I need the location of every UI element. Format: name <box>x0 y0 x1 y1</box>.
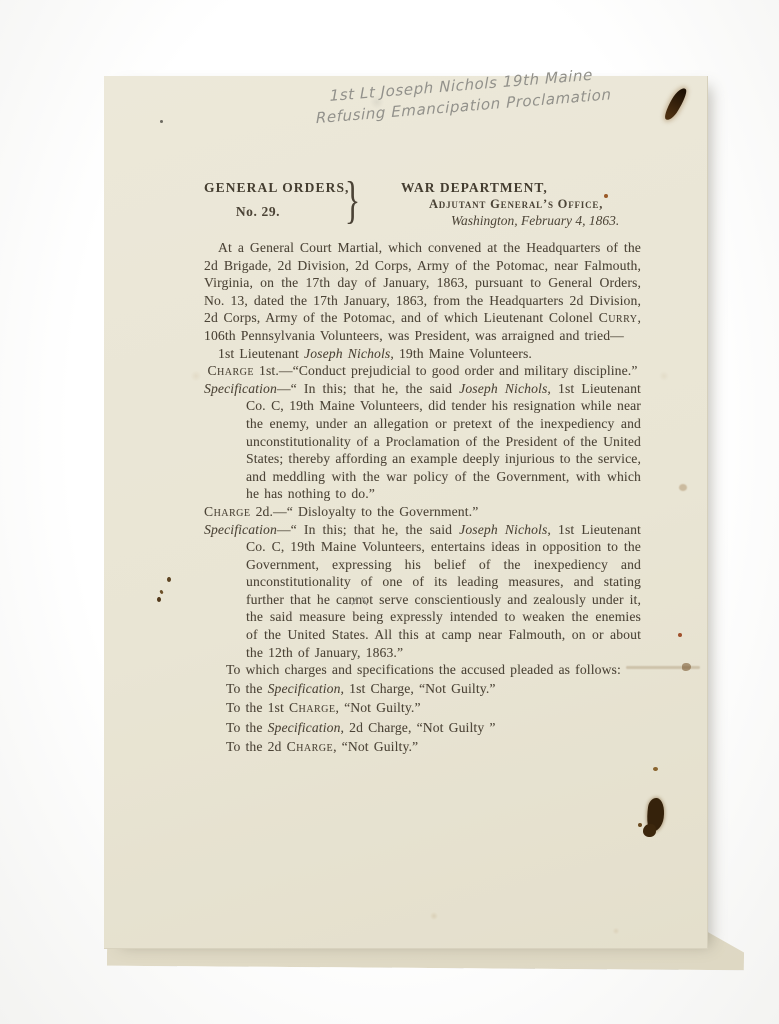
stain-top-right <box>662 86 690 123</box>
charge-1-heading: Charge 1st.—“Conduct prejudicial to good… <box>204 362 641 380</box>
plea-line: To the Specification, 1st Charge, “Not G… <box>226 679 641 699</box>
stain-speck <box>159 590 164 595</box>
charge-1-text: 1st.—“Conduct prejudicial to good order … <box>254 363 638 378</box>
plea-text: To the 1st <box>226 700 289 715</box>
rust-dot <box>678 633 682 637</box>
specification-label: Specification <box>204 522 277 537</box>
plea-charge-label: Charge <box>289 700 336 715</box>
rust-dot <box>604 194 608 198</box>
plea-verdict: , “Not Guilty.” <box>333 739 418 754</box>
plea-text: To the <box>226 720 268 735</box>
brace-glyph: } <box>345 178 360 224</box>
orders-number: No. 29. <box>236 204 280 220</box>
ink-stain-blob-small <box>643 824 656 837</box>
plea-line: To the 1st Charge, “Not Guilty.” <box>226 698 641 718</box>
plea-line: To the Specification, 2d Charge, “Not Gu… <box>226 718 641 738</box>
pleas-list: To the Specification, 1st Charge, “Not G… <box>204 679 641 757</box>
plea-charge-label: Charge <box>287 739 334 754</box>
plea-specification-label: Specification <box>268 681 341 696</box>
department-block: WAR DEPARTMENT, Adjutant General’s Offic… <box>401 180 641 229</box>
charge-2-text: 2d.—“ Disloyalty to the Government.” <box>251 504 479 519</box>
accused-name: Joseph Nichols <box>459 381 547 396</box>
gray-dot-mark <box>160 120 163 123</box>
intro-paragraph: At a General Court Martial, which conven… <box>204 239 641 345</box>
charge-label: Charge <box>204 504 251 519</box>
document-paper: 1st Lt Joseph Nichols 19th Maine Refusin… <box>104 76 708 949</box>
stain-speck <box>167 577 171 582</box>
office-name: Adjutant General’s Office, <box>401 197 641 212</box>
plea-text: To the <box>226 681 268 696</box>
arraignment-line: 1st Lieutenant Joseph Nichols, 19th Main… <box>204 345 641 363</box>
document-body: At a General Court Martial, which conven… <box>204 239 641 757</box>
orders-title: GENERAL ORDERS, <box>204 180 338 196</box>
arraigned-text-end: , 19th Maine Volunteers. <box>390 346 532 361</box>
stain-speck <box>157 597 161 602</box>
specification-2: Specification—“ In this; that he, the sa… <box>204 521 641 662</box>
plea-line: To the 2d Charge, “Not Guilty.” <box>226 737 641 757</box>
spec-2-text: —“ In this; that he, the said <box>277 522 459 537</box>
plea-verdict: , “Not Guilty.” <box>335 700 420 715</box>
dateline: Washington, February 4, 1863. <box>401 213 641 229</box>
specification-1: Specification—“ In this; that he, the sa… <box>204 380 641 503</box>
stain-satellite-dot <box>638 823 642 827</box>
plea-verdict: , 1st Charge, “Not Guilty.” <box>341 681 496 696</box>
charge-label: Charge <box>207 363 254 378</box>
spec-1-text: —“ In this; that he, the said <box>277 381 459 396</box>
faint-stain-spot <box>679 484 687 491</box>
curry-name: Curry <box>599 310 638 325</box>
smudge-spot <box>682 663 691 671</box>
plea-specification-label: Specification <box>268 720 341 735</box>
pencil-annotation: 1st Lt Joseph Nichols 19th Maine Refusin… <box>330 60 649 128</box>
plea-verdict: , 2d Charge, “Not Guilty ” <box>341 720 496 735</box>
masthead: GENERAL ORDERS, No. 29. } WAR DEPARTMENT… <box>204 180 641 229</box>
charge-2-heading: Charge 2d.—“ Disloyalty to the Governmen… <box>204 503 641 521</box>
specification-label: Specification <box>204 381 277 396</box>
pleas-intro: To which charges and specifications the … <box>204 661 641 679</box>
stain-satellite-dot <box>653 767 658 771</box>
pencil-caret-icon <box>350 596 370 606</box>
plea-text: To the 2d <box>226 739 287 754</box>
orders-block: GENERAL ORDERS, No. 29. <box>204 180 338 220</box>
accused-name: Joseph Nichols <box>459 522 547 537</box>
accused-name: Joseph Nichols <box>304 346 390 361</box>
intro-text: At a General Court Martial, which conven… <box>204 240 641 325</box>
photo-background: 1st Lt Joseph Nichols 19th Maine Refusin… <box>0 0 779 1024</box>
spec-1-text-end: , 1st Lieutenant Co. C, 19th Maine Volun… <box>246 381 641 502</box>
spec-2-text-end: , 1st Lieutenant Co. C, 19th Maine Volun… <box>246 522 641 660</box>
arraigned-text: 1st Lieutenant <box>218 346 304 361</box>
